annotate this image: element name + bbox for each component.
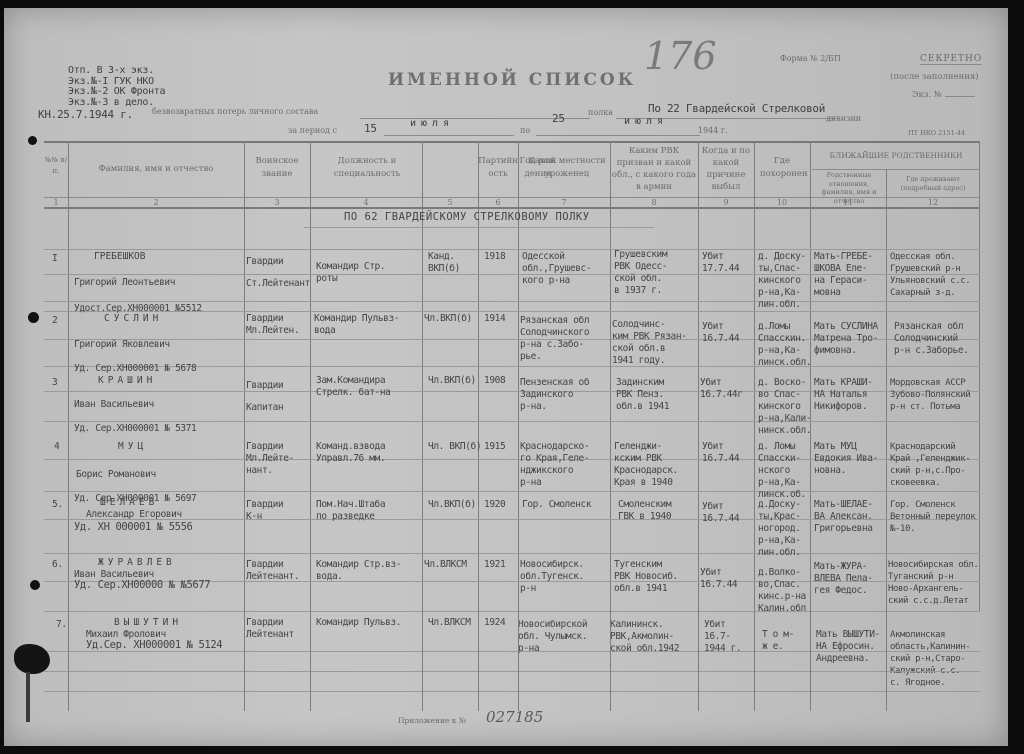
col-divider <box>422 611 423 711</box>
relative: Мать-ЖУРА- ВЛЕВА Пела- гея Федос. <box>814 561 873 597</box>
section-title-underline <box>304 227 654 228</box>
address: Мордовская АССР Зубово-Полянский р-н ст.… <box>890 377 970 413</box>
copies-note-line: Экз.№-3 в дело. <box>68 98 165 109</box>
id-document: Уд. Сер.ХН000001 № 5371 <box>74 423 196 435</box>
surname: ВЫШУТИН <box>114 617 182 629</box>
punch-hole <box>28 136 37 145</box>
col-divider <box>310 611 311 711</box>
birthplace: Гор. Смоленск <box>522 499 591 511</box>
rank: Гвардии Лейтенант <box>246 617 294 641</box>
col-header-name: Фамилия, имя и отчество <box>68 163 244 176</box>
col-header-party: Партийность <box>478 155 518 181</box>
rank: Гвардии Мл.Лейтен. <box>246 313 299 337</box>
relatives-group-header: БЛИЖАЙШИЕ РОДСТВЕННИКИ <box>812 149 980 162</box>
row-number: 5. <box>52 499 63 511</box>
ink-drip <box>26 672 30 722</box>
birthplace: Новосибирск. обл.Тугенск. р-н <box>520 559 584 595</box>
relative: Мать-ГРЕБЕ- ШКОВА Еле- на Гераси- мовна <box>814 251 873 299</box>
row-rule <box>44 249 980 250</box>
period-to-line <box>536 135 700 136</box>
row-rule <box>44 691 980 692</box>
row-rule <box>44 553 980 554</box>
id-document: Уд. Сер.ХН000001 № 5678 <box>74 363 196 375</box>
col-header-position: Должность и специальность <box>322 155 412 181</box>
date-note: КН.25.7.1944 г. <box>38 108 133 121</box>
when-left: Убит 16.7.44 <box>702 441 739 465</box>
col-divider <box>610 141 611 611</box>
col-number: 10 <box>754 198 810 207</box>
surname: СУСЛИН <box>104 313 162 325</box>
copies-note: Отп. В 3-х экз. Экз.№-I ГУК НКО Экз.№-2 … <box>68 66 165 108</box>
col-divider <box>310 141 311 611</box>
period-from-day: 15 <box>364 122 377 135</box>
copy-number-blank <box>945 96 975 97</box>
rank: Гвардии К-н <box>246 499 283 523</box>
address: Новосибирская обл. Туганский р-н Ново-Ар… <box>888 559 978 607</box>
given-names: Борис Романович <box>76 469 156 481</box>
copies-note-line: Экз.№-2 ОК Фронта <box>68 87 165 98</box>
colnum-bottom-rule <box>44 207 980 209</box>
row-number: 6. <box>52 559 63 571</box>
position: Командир Пульвз- вода <box>314 313 399 337</box>
copy-number-label: Экз. № <box>912 90 942 100</box>
when-left: Убит 17.7.44 <box>702 251 739 275</box>
position: Команд.взвода Управл.76 мм. <box>316 441 385 465</box>
party: Чл.ВКП(б) <box>424 313 472 325</box>
col-number: 2 <box>68 198 244 207</box>
col-divider <box>754 141 755 611</box>
secret-note: (после заполнения) <box>890 72 979 82</box>
col-number: 4 <box>310 198 422 207</box>
col-number: 5 <box>422 198 478 207</box>
table-top-rule <box>44 141 980 143</box>
party: Чл.ВЛКСМ <box>428 617 471 629</box>
when-left: Убит 16.7.44 <box>700 567 737 591</box>
col-number: 8 <box>610 198 698 207</box>
row-rule <box>44 671 980 672</box>
rank: Гвардии Капитан <box>246 375 283 419</box>
regiment-label: полка <box>588 108 613 117</box>
rvk: Солодчинс- ким РВК Рязан- ской обл.в 194… <box>612 319 686 367</box>
copies-note-line: Отп. В 3-х экз. <box>68 66 165 77</box>
row-rule <box>44 421 980 422</box>
punch-hole <box>30 580 40 590</box>
surname: КРАШИН <box>98 375 156 387</box>
col-divider <box>886 611 887 711</box>
col-header-address: Где проживают (подробный адрес) <box>886 175 980 193</box>
to-label: по <box>520 126 530 135</box>
col-divider <box>886 169 887 611</box>
col-header-num: №№ п/п. <box>44 155 68 177</box>
rvk: Калининск. РВК,Акмолин- ской обл.1942 <box>610 619 679 655</box>
col-header-buried: Где похоронен <box>760 155 804 181</box>
given-names: Иван Васильевич <box>74 399 154 411</box>
rvk: Тугенским РВК Новосиб. обл.в 1941 <box>614 559 678 595</box>
position: Командир Стр. роты <box>316 261 385 285</box>
given-names: Александр Егорович <box>86 509 182 521</box>
surname: МУЦ <box>118 441 147 453</box>
col-divider <box>810 611 811 711</box>
handwritten-number: 176 <box>644 34 717 78</box>
id-document: Уд. ХН 000001 № 5556 <box>74 521 192 533</box>
period-label: за период с <box>288 126 337 135</box>
buried: д.Ломы Спасскин. р-на,Ка- линск.обл. <box>758 321 811 369</box>
relative: Мать-ШЕЛАЕ- ВА Алексан. Григорьевна <box>814 499 873 535</box>
birthplace: Новосибирской обл. Чулымск. р-на <box>518 619 587 655</box>
buried: д. Ломы Спасски- нского р-на,Ка- линск.о… <box>758 441 806 501</box>
subtitle-prefix: безвозвратных потерь личного состава <box>152 107 318 116</box>
when-left: Убит 16.7.44 <box>702 321 739 345</box>
period-from-line <box>384 135 514 136</box>
row-number: 4 <box>54 441 59 453</box>
relative: Мать МУЦ Евдокия Ива- новна. <box>814 441 878 477</box>
col-divider <box>68 611 69 711</box>
relatives-group-rule <box>812 169 980 170</box>
address: Одесская обл. Грушевский р-н Ульяновский… <box>890 251 970 299</box>
col-divider <box>698 141 699 611</box>
row-rule <box>44 491 980 492</box>
party: Чл.ВЛКСМ <box>424 559 467 571</box>
surname: ЖУРАВЛЕВ <box>98 557 176 569</box>
rank: Гвардии Лейтенант. <box>246 559 299 583</box>
col-number: 11 <box>810 198 886 207</box>
col-header-birthplace: Какой местности уроженец <box>524 155 610 181</box>
rvk: Геленджи- кским РВК Краснодарск. Края в … <box>614 441 678 489</box>
birth-year: 1921 <box>484 559 505 571</box>
row-number: 2 <box>52 315 57 327</box>
birthplace: Рязанская обл Солодчинского р-на с.Забо-… <box>520 315 589 363</box>
rank: Гвардии Ст.Лейтенант <box>246 251 310 295</box>
period-from-month: июля <box>410 118 454 129</box>
address: Гор. Смоленск Ветонный переулок №-10. <box>890 499 975 535</box>
id-document: Уд. Сер.ХН00000 № №5677 <box>74 579 210 591</box>
col-divider <box>68 141 69 611</box>
col-number: 1 <box>44 198 68 207</box>
birth-year: 1918 <box>484 251 505 263</box>
col-divider <box>698 611 699 711</box>
relative: Мать КРАШИ- НА Наталья Никифоров. <box>814 377 873 413</box>
period-to-day: 25 <box>552 112 565 125</box>
birth-year: 1920 <box>484 499 505 511</box>
punch-hole <box>28 312 39 323</box>
relative: Мать ВЫШУТИ- НА Ефросин. Андреевна. <box>816 629 880 665</box>
row-number: 7. <box>56 619 67 631</box>
given-names: Григорий Яковлевич <box>74 339 170 351</box>
birth-year: 1915 <box>484 441 505 453</box>
col-header-rank: Воинское звание <box>244 155 310 181</box>
rank: Гвардии Мл.Лейте- нант. <box>246 441 294 477</box>
row-rule <box>44 611 980 612</box>
col-divider <box>979 141 980 611</box>
losses-table: №№ п/п. Фамилия, имя и отчество Воинское… <box>44 141 980 741</box>
birthplace: Одесской обл.,Грушевс- кого р-на <box>522 251 591 287</box>
birthplace: Пензенская об Задинского р-на. <box>520 377 589 413</box>
birth-year: 1924 <box>484 617 505 629</box>
surname: ГРЕБЕШКОВ <box>94 251 145 263</box>
birth-year: 1908 <box>484 375 505 387</box>
address: Рязанская обл Солодчинский р-н с.Заборье… <box>894 321 968 357</box>
col-number: 3 <box>244 198 310 207</box>
when-left: Убит 16.7.44 <box>702 501 739 525</box>
period-to-month: июля <box>624 116 668 127</box>
attached-label: Приложение к № <box>398 716 466 725</box>
col-number: 12 <box>886 198 980 207</box>
division-name: По 22 Гвардейской Стрелковой <box>648 102 825 115</box>
address: Краснодарский Край ,Геленджик- ский р-н,… <box>890 441 970 489</box>
surname: ШЕЛАЕВ <box>100 497 158 509</box>
col-divider <box>810 141 811 611</box>
row-number: I <box>52 253 57 265</box>
document-title: ИМЕННОЙ СПИСОК <box>388 70 636 90</box>
row-rule <box>44 651 980 652</box>
attached-number: 027185 <box>486 708 543 726</box>
buried: д. Воско- во Спас- кинского р-на,Кали- н… <box>758 377 811 437</box>
secret-stamp: СЕКРЕТНО <box>920 54 982 65</box>
division-label: дивизии <box>826 114 861 123</box>
given-names: Григорий Леонтьевич <box>74 277 175 289</box>
col-header-when-left: Когда и по какой причине выбыл <box>698 145 754 193</box>
form-number: Форма № 2/БП <box>780 54 841 63</box>
rvk: Задинским РВК Пенз. обл.в 1941 <box>616 377 669 413</box>
row-number: 3 <box>52 377 57 389</box>
buried: д. Доску- ты,Спас- кинского р-на,Ка- лин… <box>758 251 806 311</box>
when-left: Убит 16.7- 1944 г. <box>704 619 741 655</box>
id-document: Уд.Сер. ХН000001 № 5124 <box>86 639 222 651</box>
party: Чл. ВКП(б) <box>428 441 481 453</box>
rvk: Смоленским ГВК в 1940 <box>618 499 671 523</box>
party: Чл.ВКП(б) <box>428 375 476 387</box>
col-divider <box>244 141 245 611</box>
row-rule <box>44 301 980 302</box>
col-divider <box>754 611 755 711</box>
col-divider <box>518 611 519 711</box>
col-number: 9 <box>698 198 754 207</box>
buried: д.Волко- во,Спас. кинс.р-на Калин.обл <box>758 567 806 615</box>
rvk: Грушевским РВК Одесс- ской обл. в 1937 г… <box>614 249 667 297</box>
col-number: 7 <box>518 198 610 207</box>
col-number: 6 <box>478 198 518 207</box>
ink-blot <box>14 644 50 674</box>
document-sheet: Отп. В 3-х экз. Экз.№-I ГУК НКО Экз.№-2 … <box>4 8 1008 746</box>
birthplace: Краснодарско- го Края,Геле- нджикского р… <box>520 441 589 489</box>
position: Пом.Нач.Штаба по разведке <box>316 499 385 523</box>
position: Командир Пульвз. <box>316 617 401 629</box>
col-divider <box>244 611 245 711</box>
address: Акмолинская область,Калинин- ский р-н,Ст… <box>890 629 970 689</box>
buried: д.Доску- ты,Крас- ногород. р-на,Ка- лин.… <box>758 499 801 559</box>
birth-year: 1914 <box>484 313 505 325</box>
party: Канд. ВКП(б) <box>428 251 460 275</box>
party: Чл.ВКП(б) <box>428 499 476 511</box>
col-divider <box>610 611 611 711</box>
year-label: 1944 г. <box>698 126 728 135</box>
col-header-rvk: Каким РВК призван и какой обл., с какого… <box>610 145 698 193</box>
position: Зам.Командира Стрелк. бат-на <box>316 375 390 399</box>
printer-mark: ПТ НКО 2151-44 <box>908 129 965 137</box>
buried: Т о м- ж е. <box>762 629 794 653</box>
when-left: Убит 16.7.44г <box>700 377 743 401</box>
relative: Мать СУСЛИНА Матрена Тро- фимовна. <box>814 321 878 357</box>
position: Командир Стр.вз- вода. <box>316 559 401 583</box>
section-title: ПО 62 ГВАРДЕЙСКОМУ СТРЕЛКОВОМУ ПОЛКУ <box>344 211 590 223</box>
col-divider <box>478 611 479 711</box>
copy-number-field: Экз. № <box>912 90 972 100</box>
